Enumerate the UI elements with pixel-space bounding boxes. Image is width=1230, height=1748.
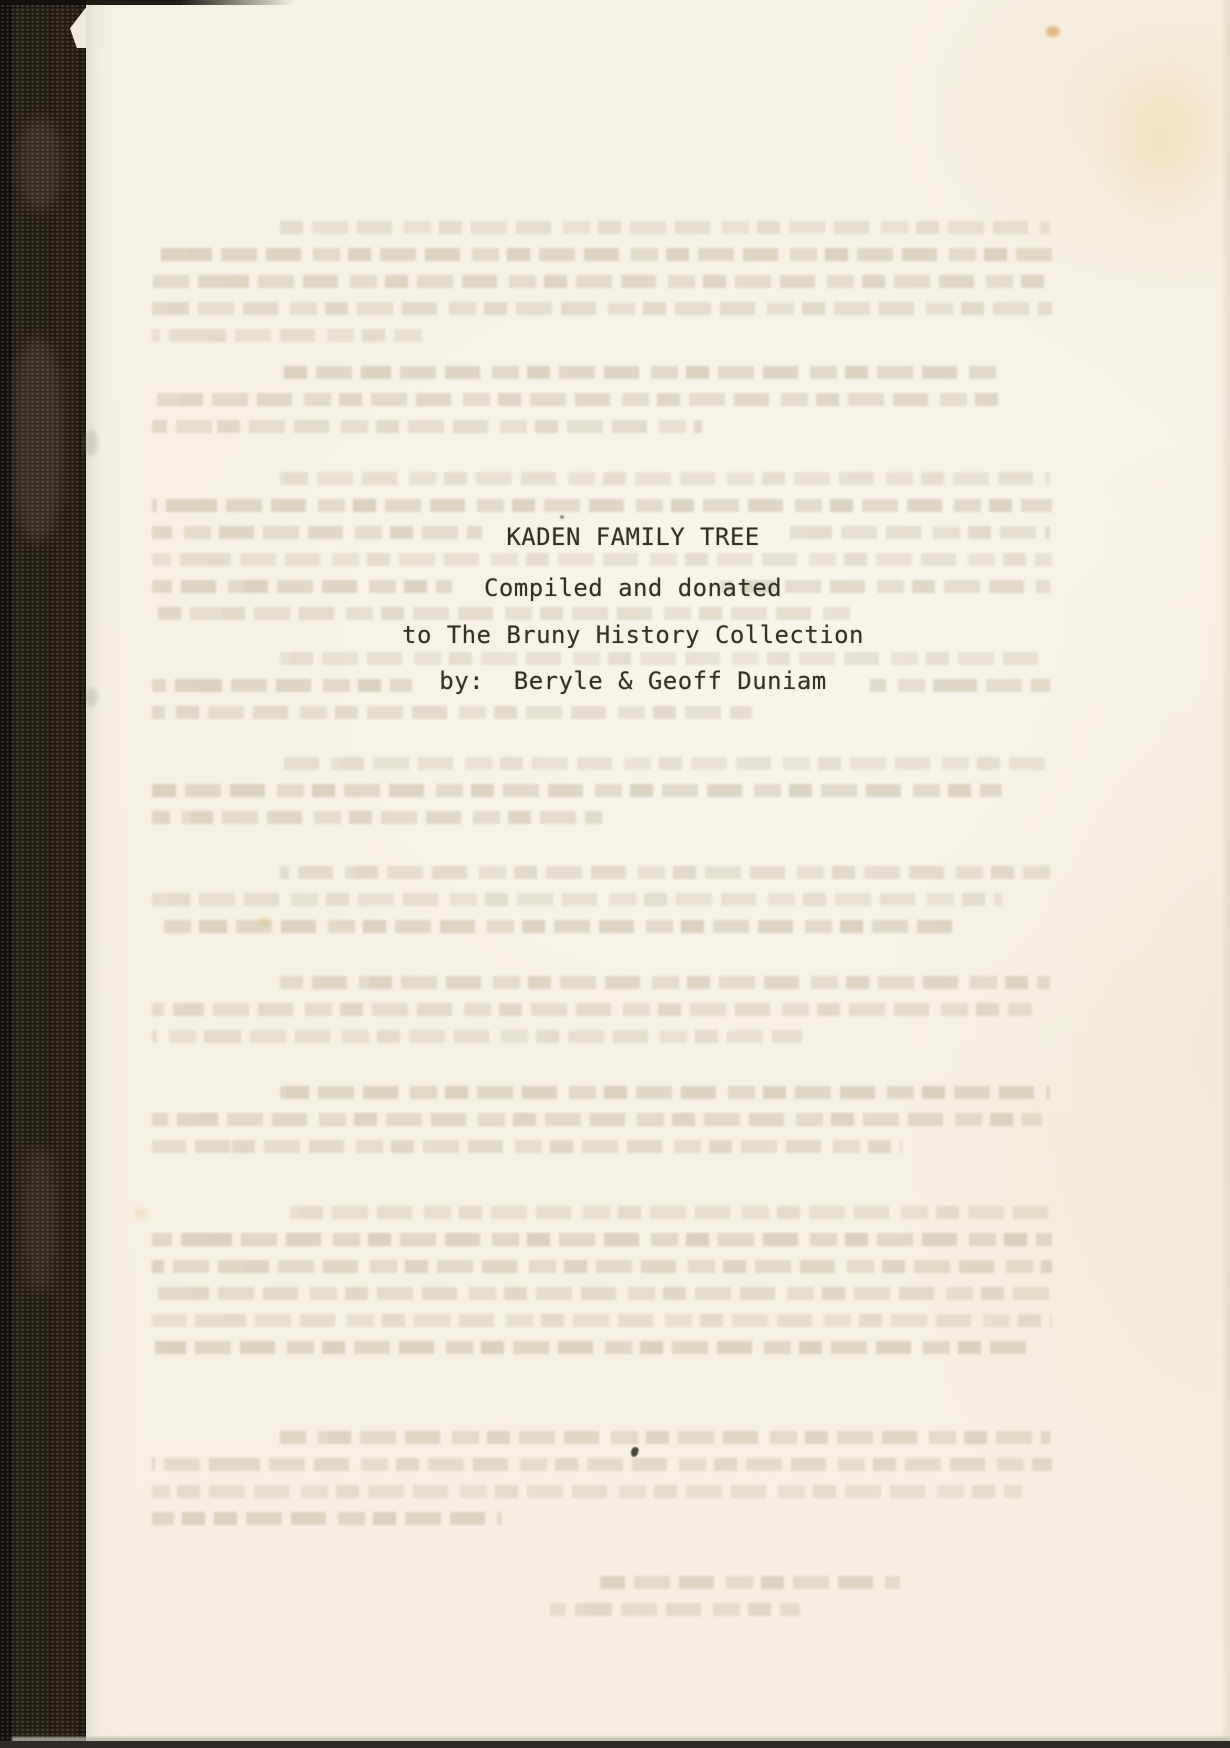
ghost-text-line [280, 757, 1050, 770]
ghost-text-line [550, 1603, 800, 1616]
ghost-text-line [152, 1458, 1052, 1471]
ghost-text-line [152, 706, 752, 719]
yellow-stain [134, 1208, 148, 1218]
ghost-text-line [152, 893, 1002, 906]
ghost-text-line [152, 1485, 1022, 1498]
binding-tape [0, 0, 86, 1748]
ghost-text-line [152, 920, 952, 933]
ghost-text-line [152, 1003, 1032, 1016]
ghost-text-line [152, 580, 452, 593]
edge-smudge [86, 688, 98, 706]
ghost-text-line [152, 1233, 1052, 1246]
edge-smudge [84, 430, 98, 456]
ghost-text-line [280, 976, 1050, 989]
ghost-text-line [280, 472, 1050, 485]
binding-sheen [20, 120, 60, 210]
orange-stain [1046, 26, 1060, 37]
ghost-text-line [152, 302, 1052, 315]
ghost-text-line [152, 784, 1002, 797]
ghost-text-line [280, 221, 1050, 234]
ghost-text-line [152, 1512, 502, 1525]
scan-right-edge [1220, 0, 1230, 1748]
ghost-text-line [152, 1341, 1032, 1354]
ghost-text-line [870, 679, 1050, 692]
ghost-text-line [152, 393, 1002, 406]
ghost-text-line [152, 329, 422, 342]
ghost-text-line [280, 1206, 1050, 1219]
ghost-text-line [280, 366, 1000, 379]
corner-stain [1090, 50, 1230, 230]
ghost-text-line [280, 1431, 1050, 1444]
ghost-text-line [152, 499, 1052, 512]
ghost-text-line [280, 866, 1050, 879]
scan-bottom-edge [0, 1741, 1230, 1748]
subtitle-compiled: Compiled and donated [484, 574, 782, 602]
ghost-text-line [280, 1086, 1050, 1099]
ghost-text-line [152, 1140, 902, 1153]
ghost-text-line [152, 1260, 1052, 1273]
ghost-text-line [152, 811, 602, 824]
binding-sheen [14, 340, 62, 540]
ghost-text-line [152, 679, 412, 692]
ghost-text-line [152, 1314, 1052, 1327]
scanned-document-page: KADEN FAMILY TREE Compiled and donated t… [0, 0, 1230, 1748]
ghost-text-line [152, 420, 702, 433]
document-title: KADEN FAMILY TREE [506, 523, 759, 551]
yellow-stain [258, 917, 270, 926]
ghost-text-line [600, 1576, 900, 1589]
ghost-text-line [152, 607, 852, 620]
subtitle-collection: to The Bruny History Collection [402, 621, 864, 649]
byline: by: Beryle & Geoff Duniam [439, 667, 826, 695]
ghost-text-line [152, 1030, 802, 1043]
scan-top-edge [0, 0, 300, 5]
ghost-text-line [152, 526, 482, 539]
page-edge-strip [86, 0, 102, 1748]
ghost-text-line [152, 553, 1052, 566]
ghost-text-line [152, 248, 1052, 261]
ghost-text-line [152, 1287, 1052, 1300]
ghost-text-line [152, 1113, 1042, 1126]
binding-sheen [22, 1150, 58, 1290]
ghost-text-line [790, 526, 1050, 539]
ghost-text-line [280, 652, 1050, 665]
dot-speck [560, 515, 564, 519]
ghost-text-line [152, 275, 1052, 288]
